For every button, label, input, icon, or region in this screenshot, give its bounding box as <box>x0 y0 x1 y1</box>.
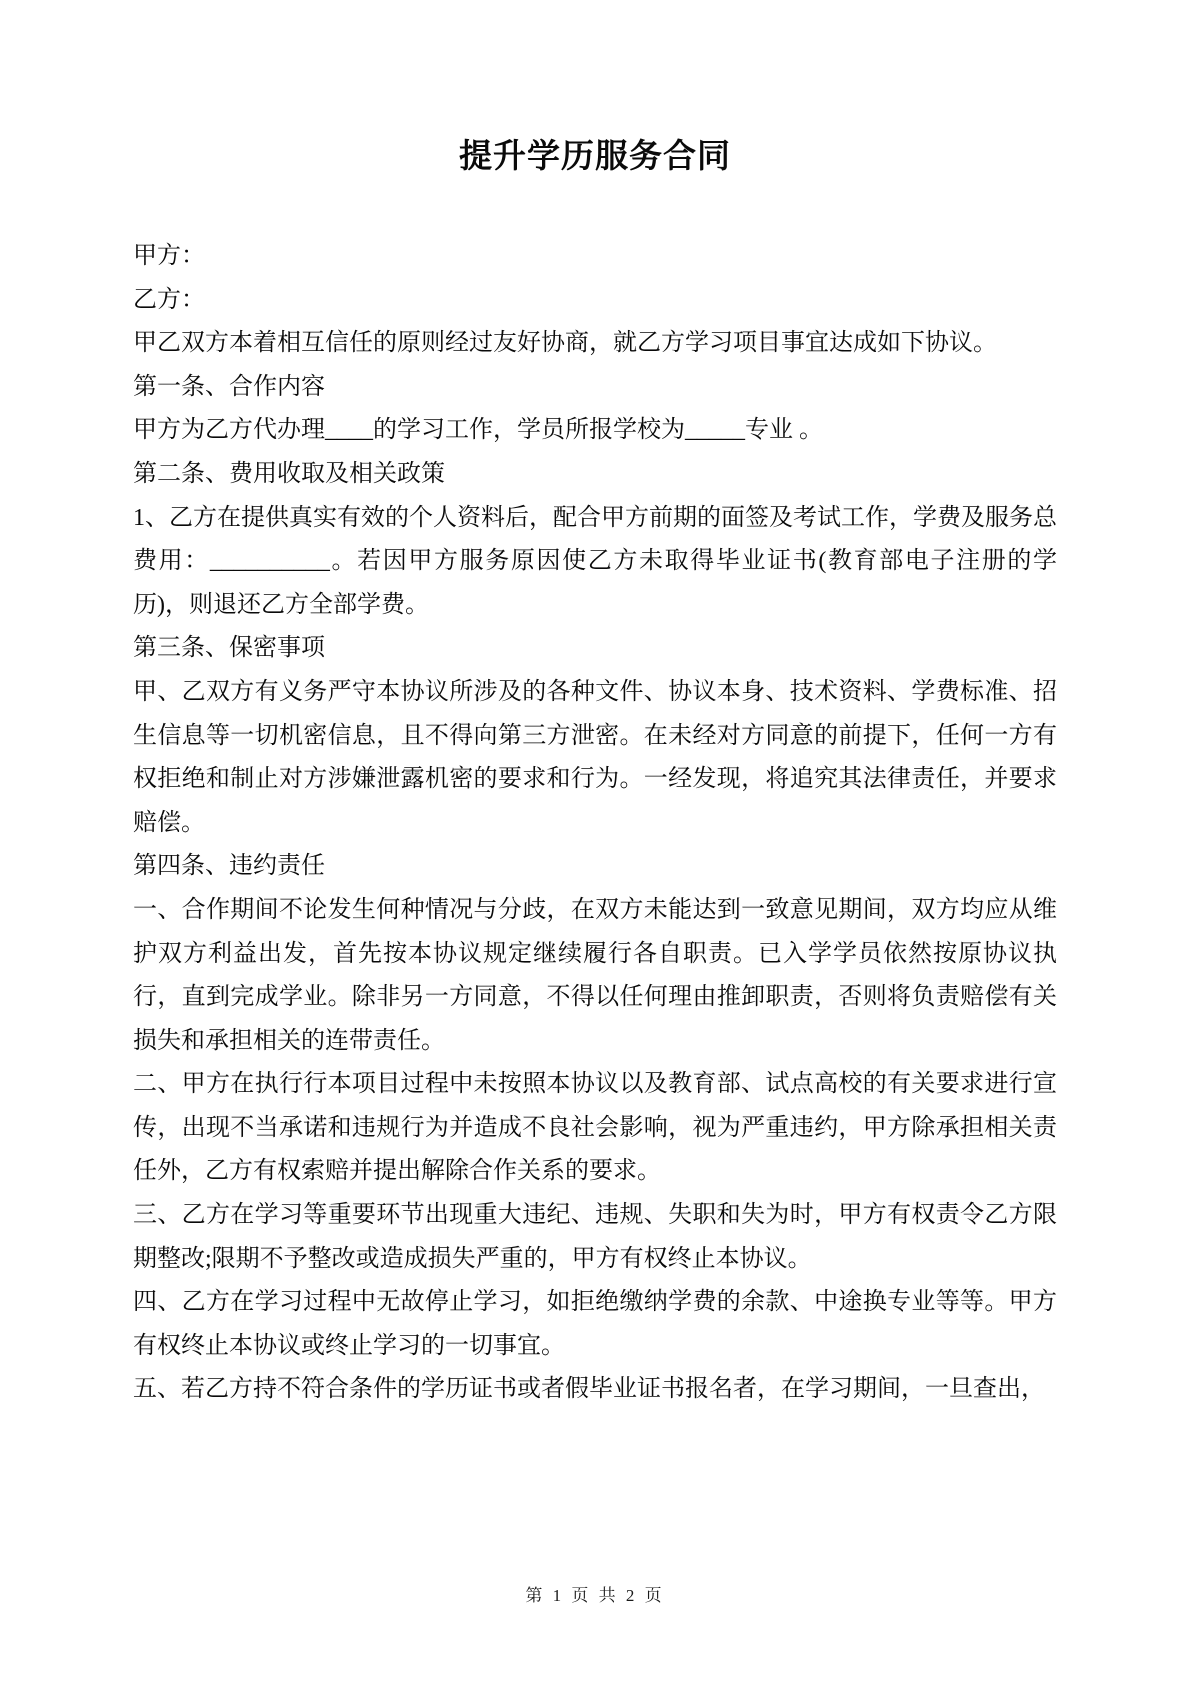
clause-4-item-5: 五、若乙方持不符合条件的学历证书或者假毕业证书报名者，在学习期间，一旦查出， <box>133 1368 1057 1412</box>
clause-1-content: 甲方为乙方代办理____的学习工作，学员所报学校为_____专业 。 <box>133 409 1057 453</box>
clause-1-heading: 第一条、合作内容 <box>133 366 1057 410</box>
clause-4-item-4: 四、乙方在学习过程中无故停止学习，如拒绝缴纳学费的余款、中途换专业等等。甲方有权… <box>133 1281 1057 1368</box>
document-page: 提升学历服务合同 甲方： 乙方： 甲乙双方本着相互信任的原则经过友好协商，就乙方… <box>0 0 1190 1683</box>
contract-document: 提升学历服务合同 甲方： 乙方： 甲乙双方本着相互信任的原则经过友好协商，就乙方… <box>133 137 1057 1412</box>
party-b-label: 乙方： <box>133 279 1057 323</box>
preamble: 甲乙双方本着相互信任的原则经过友好协商，就乙方学习项目事宜达成如下协议。 <box>133 322 1057 366</box>
clause-4-item-2: 二、甲方在执行行本项目过程中未按照本协议以及教育部、试点高校的有关要求进行宣传，… <box>133 1063 1057 1194</box>
clause-4-heading: 第四条、违约责任 <box>133 845 1057 889</box>
clause-3-content: 甲、乙双方有义务严守本协议所涉及的各种文件、协议本身、技术资料、学费标准、招生信… <box>133 671 1057 845</box>
page-number-footer: 第 1 页 共 2 页 <box>0 1581 1190 1606</box>
clause-2-item-1: 1、乙方在提供真实有效的个人资料后，配合甲方前期的面签及考试工作，学费及服务总费… <box>133 497 1057 628</box>
party-a-label: 甲方： <box>133 235 1057 279</box>
document-title: 提升学历服务合同 <box>133 137 1057 177</box>
clause-4-item-3: 三、乙方在学习等重要环节出现重大违纪、违规、失职和失为时，甲方有权责令乙方限期整… <box>133 1194 1057 1281</box>
document-body: 甲方： 乙方： 甲乙双方本着相互信任的原则经过友好协商，就乙方学习项目事宜达成如… <box>133 235 1057 1412</box>
clause-3-heading: 第三条、保密事项 <box>133 627 1057 671</box>
clause-4-item-1: 一、合作期间不论发生何种情况与分歧，在双方未能达到一致意见期间，双方均应从维护双… <box>133 889 1057 1063</box>
clause-2-heading: 第二条、费用收取及相关政策 <box>133 453 1057 497</box>
